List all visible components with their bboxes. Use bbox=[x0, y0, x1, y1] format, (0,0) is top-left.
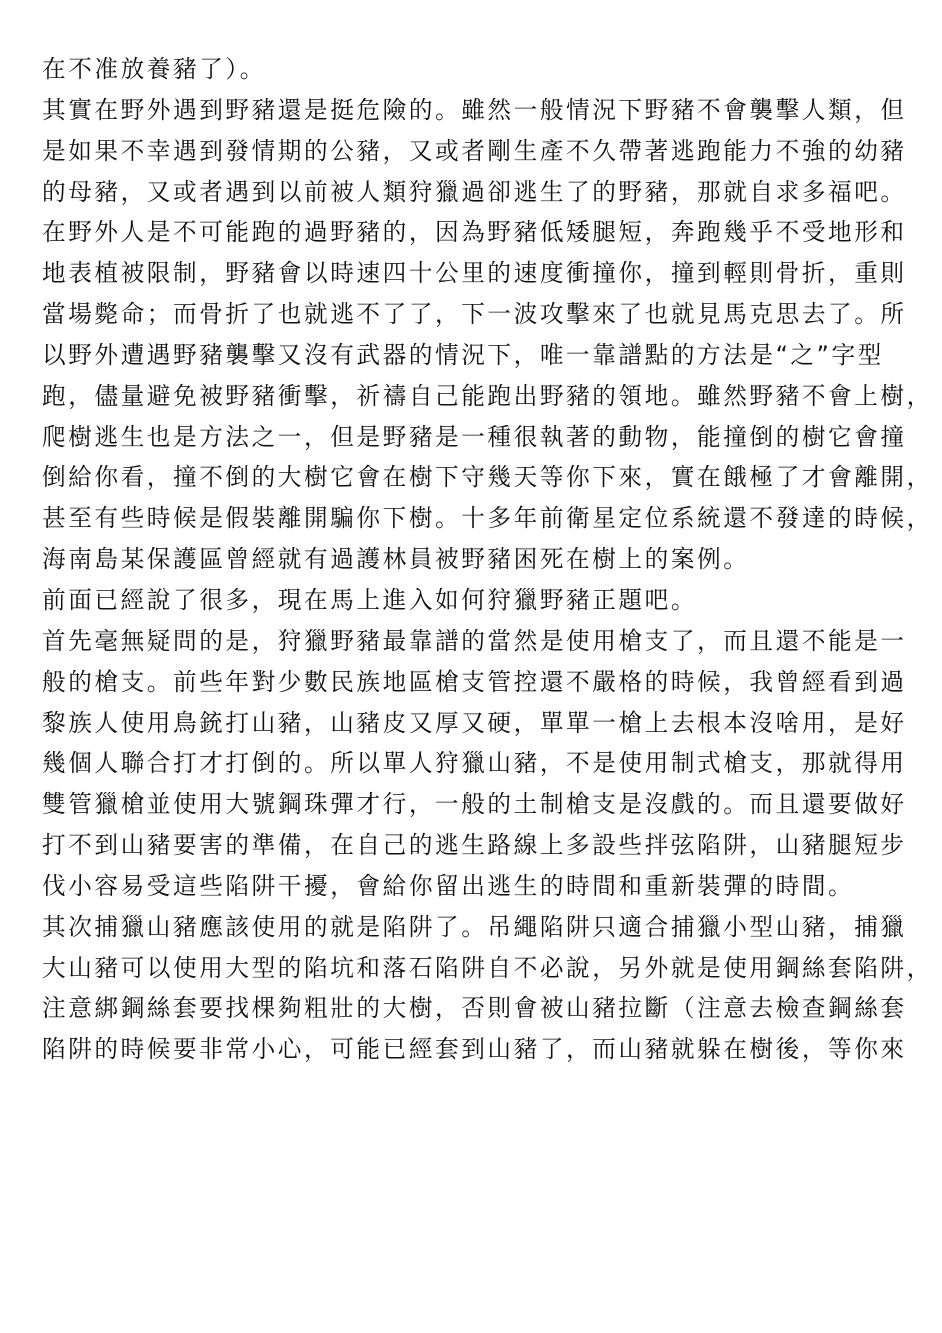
document-body: 在不准放養豬了）。 其實在野外遇到野豬還是挺危險的。雖然一般情況下野豬不會襲擊人… bbox=[42, 49, 902, 1070]
text-line: 雙管獵槍並使用大號鋼珠彈才行，一般的土制槍支是沒戲的。而且還要做好 bbox=[42, 784, 889, 825]
text-line: 跑，儘量避免被野豬衝擊，祈禱自己能跑出野豬的領地。雖然野豬不會上樹， bbox=[42, 376, 889, 417]
text-line: 伐小容易受這些陷阱干擾，會給你留出逃生的時間和重新裝彈的時間。 bbox=[42, 866, 889, 907]
text-line: 當場斃命；而骨折了也就逃不了了，下一波攻擊來了也就見馬克思去了。所 bbox=[42, 294, 889, 335]
text-line: 大山豬可以使用大型的陷坑和落石陷阱自不必說，另外就是使用鋼絲套陷阱， bbox=[42, 948, 889, 989]
paragraph-2: 其實在野外遇到野豬還是挺危險的。雖然一般情況下野豬不會襲擊人類，但 是如果不幸遇… bbox=[42, 90, 902, 580]
document-page: 在不准放養豬了）。 其實在野外遇到野豬還是挺危險的。雖然一般情況下野豬不會襲擊人… bbox=[0, 0, 942, 1333]
text-line: 其次捕獵山豬應該使用的就是陷阱了。吊繩陷阱只適合捕獵小型山豬，捕獵 bbox=[42, 907, 889, 948]
text-line: 爬樹逃生也是方法之一，但是野豬是一種很執著的動物，能撞倒的樹它會撞 bbox=[42, 417, 889, 458]
text-line: 注意綁鋼絲套要找棵夠粗壯的大樹，否則會被山豬拉斷（注意去檢查鋼絲套 bbox=[42, 988, 889, 1029]
paragraph-5: 其次捕獵山豬應該使用的就是陷阱了。吊繩陷阱只適合捕獵小型山豬，捕獵 大山豬可以使… bbox=[42, 907, 902, 1070]
text-line: 在野外人是不可能跑的過野豬的，因為野豬低矮腿短，奔跑幾乎不受地形和 bbox=[42, 212, 889, 253]
text-line: 地表植被限制，野豬會以時速四十公里的速度衝撞你，撞到輕則骨折，重則 bbox=[42, 253, 889, 294]
paragraph-1: 在不准放養豬了）。 bbox=[42, 49, 902, 90]
text-line: 打不到山豬要害的準備，在自己的逃生路線上多設些拌弦陷阱，山豬腿短步 bbox=[42, 825, 889, 866]
text-line: 首先毫無疑問的是，狩獵野豬最靠譜的當然是使用槍支了，而且還不能是一 bbox=[42, 621, 889, 662]
text-line: 般的槍支。前些年對少數民族地區槍支管控還不嚴格的時候，我曾經看到過 bbox=[42, 662, 889, 703]
text-line: 的母豬，又或者遇到以前被人類狩獵過卻逃生了的野豬，那就自求多福吧。 bbox=[42, 172, 889, 213]
text-line: 海南島某保護區曾經就有過護林員被野豬困死在樹上的案例。 bbox=[42, 539, 889, 580]
text-line: 在不准放養豬了）。 bbox=[42, 49, 889, 90]
text-line: 倒給你看，撞不倒的大樹它會在樹下守幾天等你下來，實在餓極了才會離開， bbox=[42, 457, 889, 498]
text-line: 是如果不幸遇到發情期的公豬，又或者剛生產不久帶著逃跑能力不強的幼豬 bbox=[42, 131, 889, 172]
text-line: 甚至有些時候是假裝離開騙你下樹。十多年前衛星定位系統還不發達的時候， bbox=[42, 498, 889, 539]
paragraph-3: 前面已經說了很多，現在馬上進入如何狩獵野豬正題吧。 bbox=[42, 580, 902, 621]
text-line: 其實在野外遇到野豬還是挺危險的。雖然一般情況下野豬不會襲擊人類，但 bbox=[42, 90, 889, 131]
text-line: 以野外遭遇野豬襲擊又沒有武器的情況下，唯一靠譜點的方法是“之”字型 bbox=[42, 335, 889, 376]
text-line: 前面已經說了很多，現在馬上進入如何狩獵野豬正題吧。 bbox=[42, 580, 889, 621]
text-line: 黎族人使用鳥銃打山豬，山豬皮又厚又硬，單單一槍上去根本沒啥用，是好 bbox=[42, 703, 889, 744]
paragraph-4: 首先毫無疑問的是，狩獵野豬最靠譜的當然是使用槍支了，而且還不能是一 般的槍支。前… bbox=[42, 621, 902, 907]
text-line: 陷阱的時候要非常小心，可能已經套到山豬了，而山豬就躲在樹後，等你來 bbox=[42, 1029, 889, 1070]
text-line: 幾個人聯合打才打倒的。所以單人狩獵山豬，不是使用制式槍支，那就得用 bbox=[42, 743, 889, 784]
